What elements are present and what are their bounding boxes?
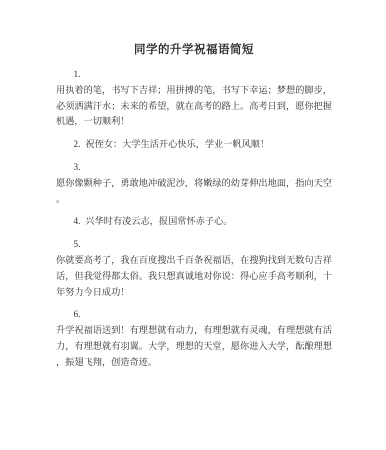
item-2-text: 祝侄女：大学生活开心快乐，学业一帆风顺！ (85, 139, 269, 149)
blessing-item-4: 4.兴华时有凌云志，报国常怀赤子心。 (56, 214, 332, 230)
item-3-text: 愿你像颗种子，勇敢地冲破泥沙，将嫩绿的幼芽伸出地面，指向天空。 (56, 176, 332, 208)
item-4-marker: 4. (73, 216, 80, 226)
item-6-marker: 6. (56, 307, 332, 323)
blessing-item-6: 6. 升学祝福语送到！有理想就有动力，有理想就有灵魂，有理想就有活力，有理想就有… (56, 307, 332, 370)
item-2-marker: 2. (73, 139, 80, 149)
document-title: 同学的升学祝福语简短 (56, 42, 332, 58)
item-6-text: 升学祝福语送到！有理想就有动力，有理想就有灵魂，有理想就有活力，有理想就有羽翼。… (56, 323, 332, 370)
item-1-marker: 1. (56, 67, 332, 83)
blessing-item-1: 1. 用执着的笔，书写下吉祥；用拼搏的笔，书写下幸运；梦想的脚步，必须洒满汗水；… (56, 67, 332, 130)
item-4-text: 兴华时有凌云志，报国常怀赤子心。 (85, 216, 232, 226)
blessing-item-3: 3. 愿你像颗种子，勇敢地冲破泥沙，将嫩绿的幼芽伸出地面，指向天空。 (56, 160, 332, 207)
item-2-line: 2.祝侄女：大学生活开心快乐，学业一帆风顺！ (56, 137, 332, 153)
item-5-marker: 5. (56, 237, 332, 253)
item-1-text: 用执着的笔，书写下吉祥；用拼搏的笔，书写下幸运；梦想的脚步，必须洒满汗水；未来的… (56, 83, 332, 130)
document-page: 同学的升学祝福语简短 1. 用执着的笔，书写下吉祥；用拼搏的笔，书写下幸运；梦想… (0, 0, 386, 450)
item-4-line: 4.兴华时有凌云志，报国常怀赤子心。 (56, 214, 332, 230)
blessing-item-2: 2.祝侄女：大学生活开心快乐，学业一帆风顺！ (56, 137, 332, 153)
blessing-item-5: 5. 你就要高考了，我在百度搜出千百条祝福语，在搜狗找到无数句吉祥话，但我觉得都… (56, 237, 332, 300)
item-3-marker: 3. (56, 160, 332, 176)
item-5-text: 你就要高考了，我在百度搜出千百条祝福语，在搜狗找到无数句吉祥话，但我觉得都太俗。… (56, 253, 332, 300)
